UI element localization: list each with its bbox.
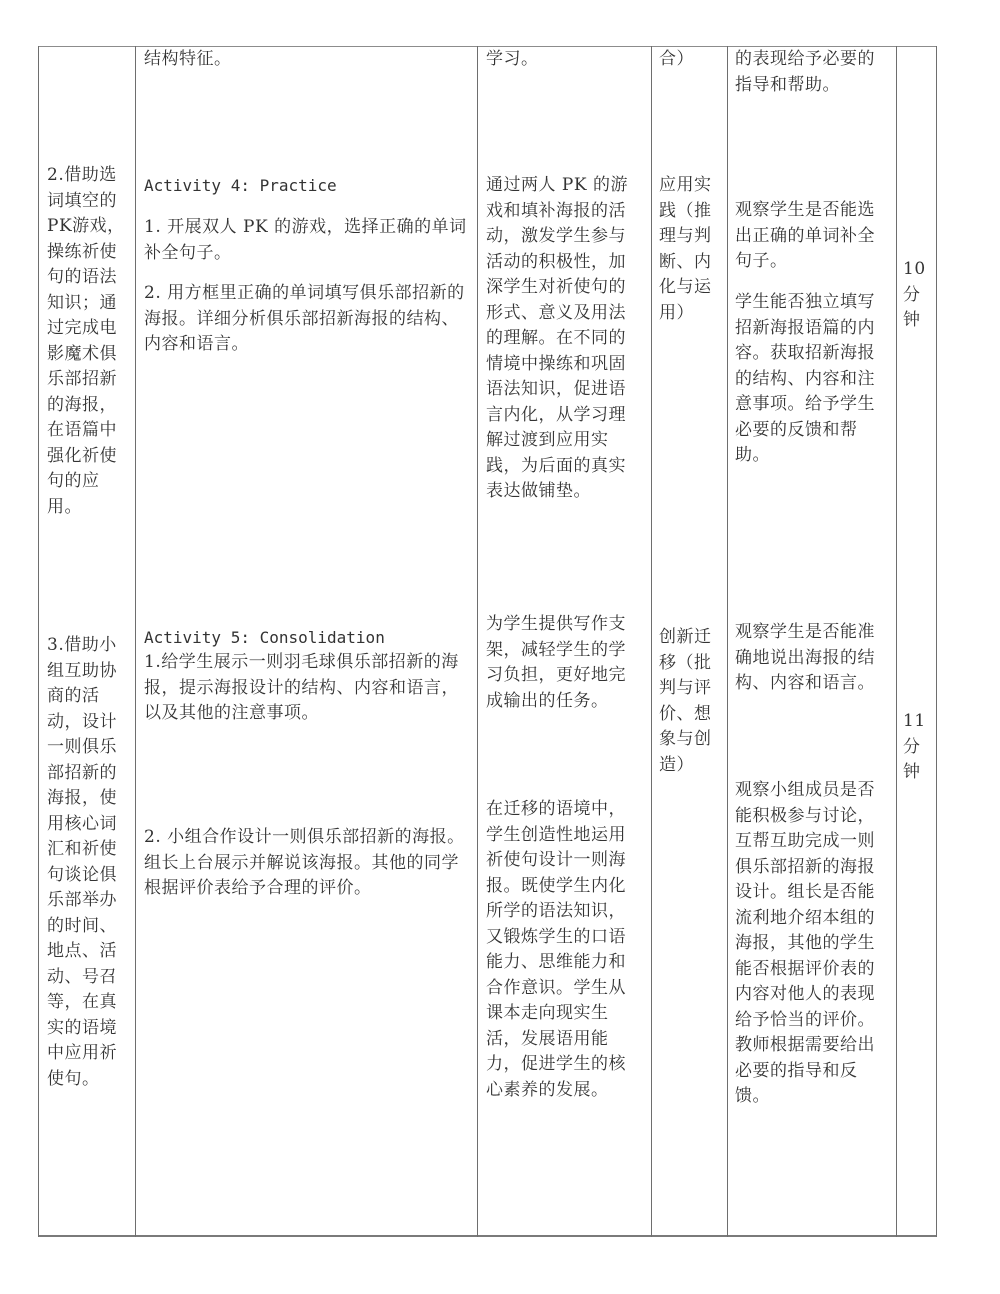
column-border [651,46,652,1237]
activity-5-step-2: 2. 小组合作设计一则俱乐部招新的海报。组长上台展示并解说该海报。其他的同学根据… [144,825,470,902]
evaluation-activity-4-a: 观察学生是否能选出正确的单词补全句子。 [735,198,887,275]
level-continuation: 合） [659,47,719,73]
evaluation-activity-5-a: 观察学生是否能准确地说出海报的结构、内容和语言。 [735,620,887,697]
column-border [896,46,897,1237]
activity-4-step-1: 1. 开展双人 PK 的游戏，选择正确的单词补全句子。 [144,215,470,266]
column-border [936,46,937,1237]
activity-continuation: 结构特征。 [144,47,470,73]
purpose-activity-5-b: 在迁移的语境中，学生创造性地运用祈使句设计一则海报。既使学生内化所学的语法知识，… [486,797,642,1103]
column-border [727,46,728,1237]
objective-2: 2.借助选词填空的PK游戏，操练祈使句的语法知识；通过完成电影魔术俱乐部招新的海… [47,163,129,520]
purpose-continuation: 学习。 [486,47,642,73]
objective-3: 3.借助小组互助协商的活动，设计一则俱乐部招新的海报，使用核心词汇和祈使句谈论俱… [47,633,129,1092]
activity-4-step-2: 2. 用方框里正确的单词填写俱乐部招新的海报。详细分析俱乐部招新海报的结构、内容… [144,281,470,358]
level-activity-4: 应用实践（推理与判断、内化与运用） [659,173,719,326]
evaluation-activity-4-b: 学生能否独立填写招新海报语篇的内容。获取招新海报的结构、内容和注意事项。给予学生… [735,290,887,469]
activity-5-title: Activity 5: Consolidation [144,625,470,651]
purpose-activity-5-a: 为学生提供写作支架，减轻学生的学习负担，更好地完成输出的任务。 [486,612,642,714]
time-activity-5: 11分钟 [903,709,931,786]
purpose-activity-4: 通过两人 PK 的游戏和填补海报的活动，激发学生参与活动的积极性，加深学生对祈使… [486,173,642,505]
level-activity-5: 创新迁移（批判与评价、想象与创造） [659,625,719,778]
column-border [477,46,478,1237]
evaluation-continuation: 的表现给予必要的指导和帮助。 [735,47,887,98]
column-border [38,46,39,1237]
activity-5-step-1: 1.给学生展示一则羽毛球俱乐部招新的海报，提示海报设计的结构、内容和语言，以及其… [144,650,470,727]
time-activity-4: 10分钟 [903,257,931,334]
column-border [135,46,136,1237]
activity-4-title: Activity 4: Practice [144,173,470,199]
evaluation-activity-5-b: 观察小组成员是否能积极参与讨论，互帮互助完成一则俱乐部招新的海报设计。组长是否能… [735,778,887,1110]
